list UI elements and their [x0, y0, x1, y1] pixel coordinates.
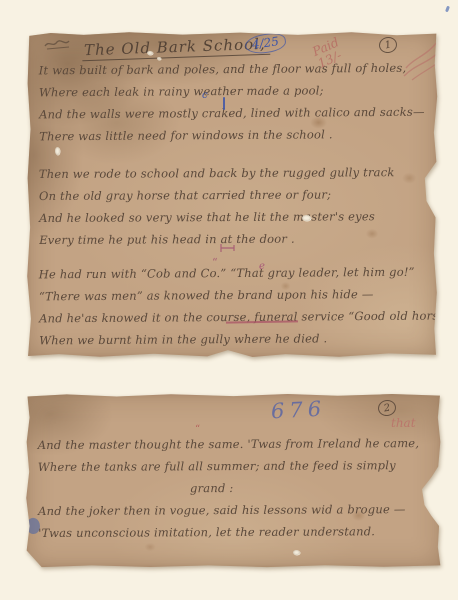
poem-line: “There was men” as knowed the brand upon…	[39, 283, 434, 308]
poem-line: 'Twas unconscious imitation, let the rea…	[38, 520, 438, 544]
red-note-annotation: that	[391, 416, 416, 430]
poem-line: When we burnt him in the gully where he …	[39, 327, 434, 352]
blue-number-annotation: 676	[270, 397, 326, 424]
paper-hole	[157, 57, 161, 60]
manuscript-page-1: The Old Bark School, 4/25 Paid 13/- 1 It…	[26, 31, 438, 358]
red-quote-mark: “	[212, 256, 218, 269]
poem-line: There was little need for windows in the…	[39, 123, 434, 148]
poem-line: He had run with “Cob and Co.” “That gray…	[39, 261, 434, 286]
paper-sheet-1: The Old Bark School, 4/25 Paid 13/- 1 It…	[26, 31, 438, 358]
stanza-2: Then we rode to school and back by the r…	[39, 161, 434, 251]
stanza-1: It was built of bark and poles, and the …	[39, 57, 435, 148]
poem-line: And he'as knowed it on the course, funer…	[39, 305, 434, 330]
paper-hole	[293, 550, 300, 555]
page-number-badge: 2	[377, 399, 398, 418]
poem-line: And the master thought the same. 'Twas f…	[38, 432, 438, 456]
poem-line: Where each leak in rainy weather made a …	[39, 79, 434, 104]
poem-line: It was built of bark and poles, and the …	[39, 57, 434, 82]
paper-hole	[55, 147, 60, 155]
page-number-badge: 1	[378, 36, 399, 55]
poem-line: Where the tanks are full all summer; and…	[38, 454, 438, 478]
blue-correction-letter: c	[202, 90, 208, 101]
section-break-mark	[218, 243, 238, 253]
stanza-3: He had run with “Cob and Co.” “That gray…	[39, 261, 435, 352]
paper-hole	[147, 51, 153, 55]
manuscript-page-2: 676 2 that “ And the master thought the …	[25, 393, 442, 568]
manuscript-scan: The Old Bark School, 4/25 Paid 13/- 1 It…	[0, 0, 458, 600]
red-correction-letter: e	[259, 261, 265, 272]
blue-ink-speck	[445, 6, 450, 13]
poem-line: Then we rode to school and back by the r…	[39, 161, 434, 185]
paper-sheet-2: 676 2 that “ And the master thought the …	[25, 393, 442, 568]
blue-insertion-stroke	[223, 97, 225, 110]
poem-line: grand :	[190, 476, 438, 499]
pencil-scribble-mark	[42, 36, 76, 52]
poem-line: And the walls were mostly craked, lined …	[39, 101, 434, 126]
paper-hole	[302, 215, 311, 221]
poem-line: On the old gray horse that carried three…	[39, 183, 434, 207]
poem-line: And the joker then in vogue, said his le…	[38, 498, 438, 522]
stanza-4: And the master thought the same. 'Twas f…	[38, 432, 439, 544]
poem-line: And he looked so very wise that he lit t…	[39, 205, 434, 229]
